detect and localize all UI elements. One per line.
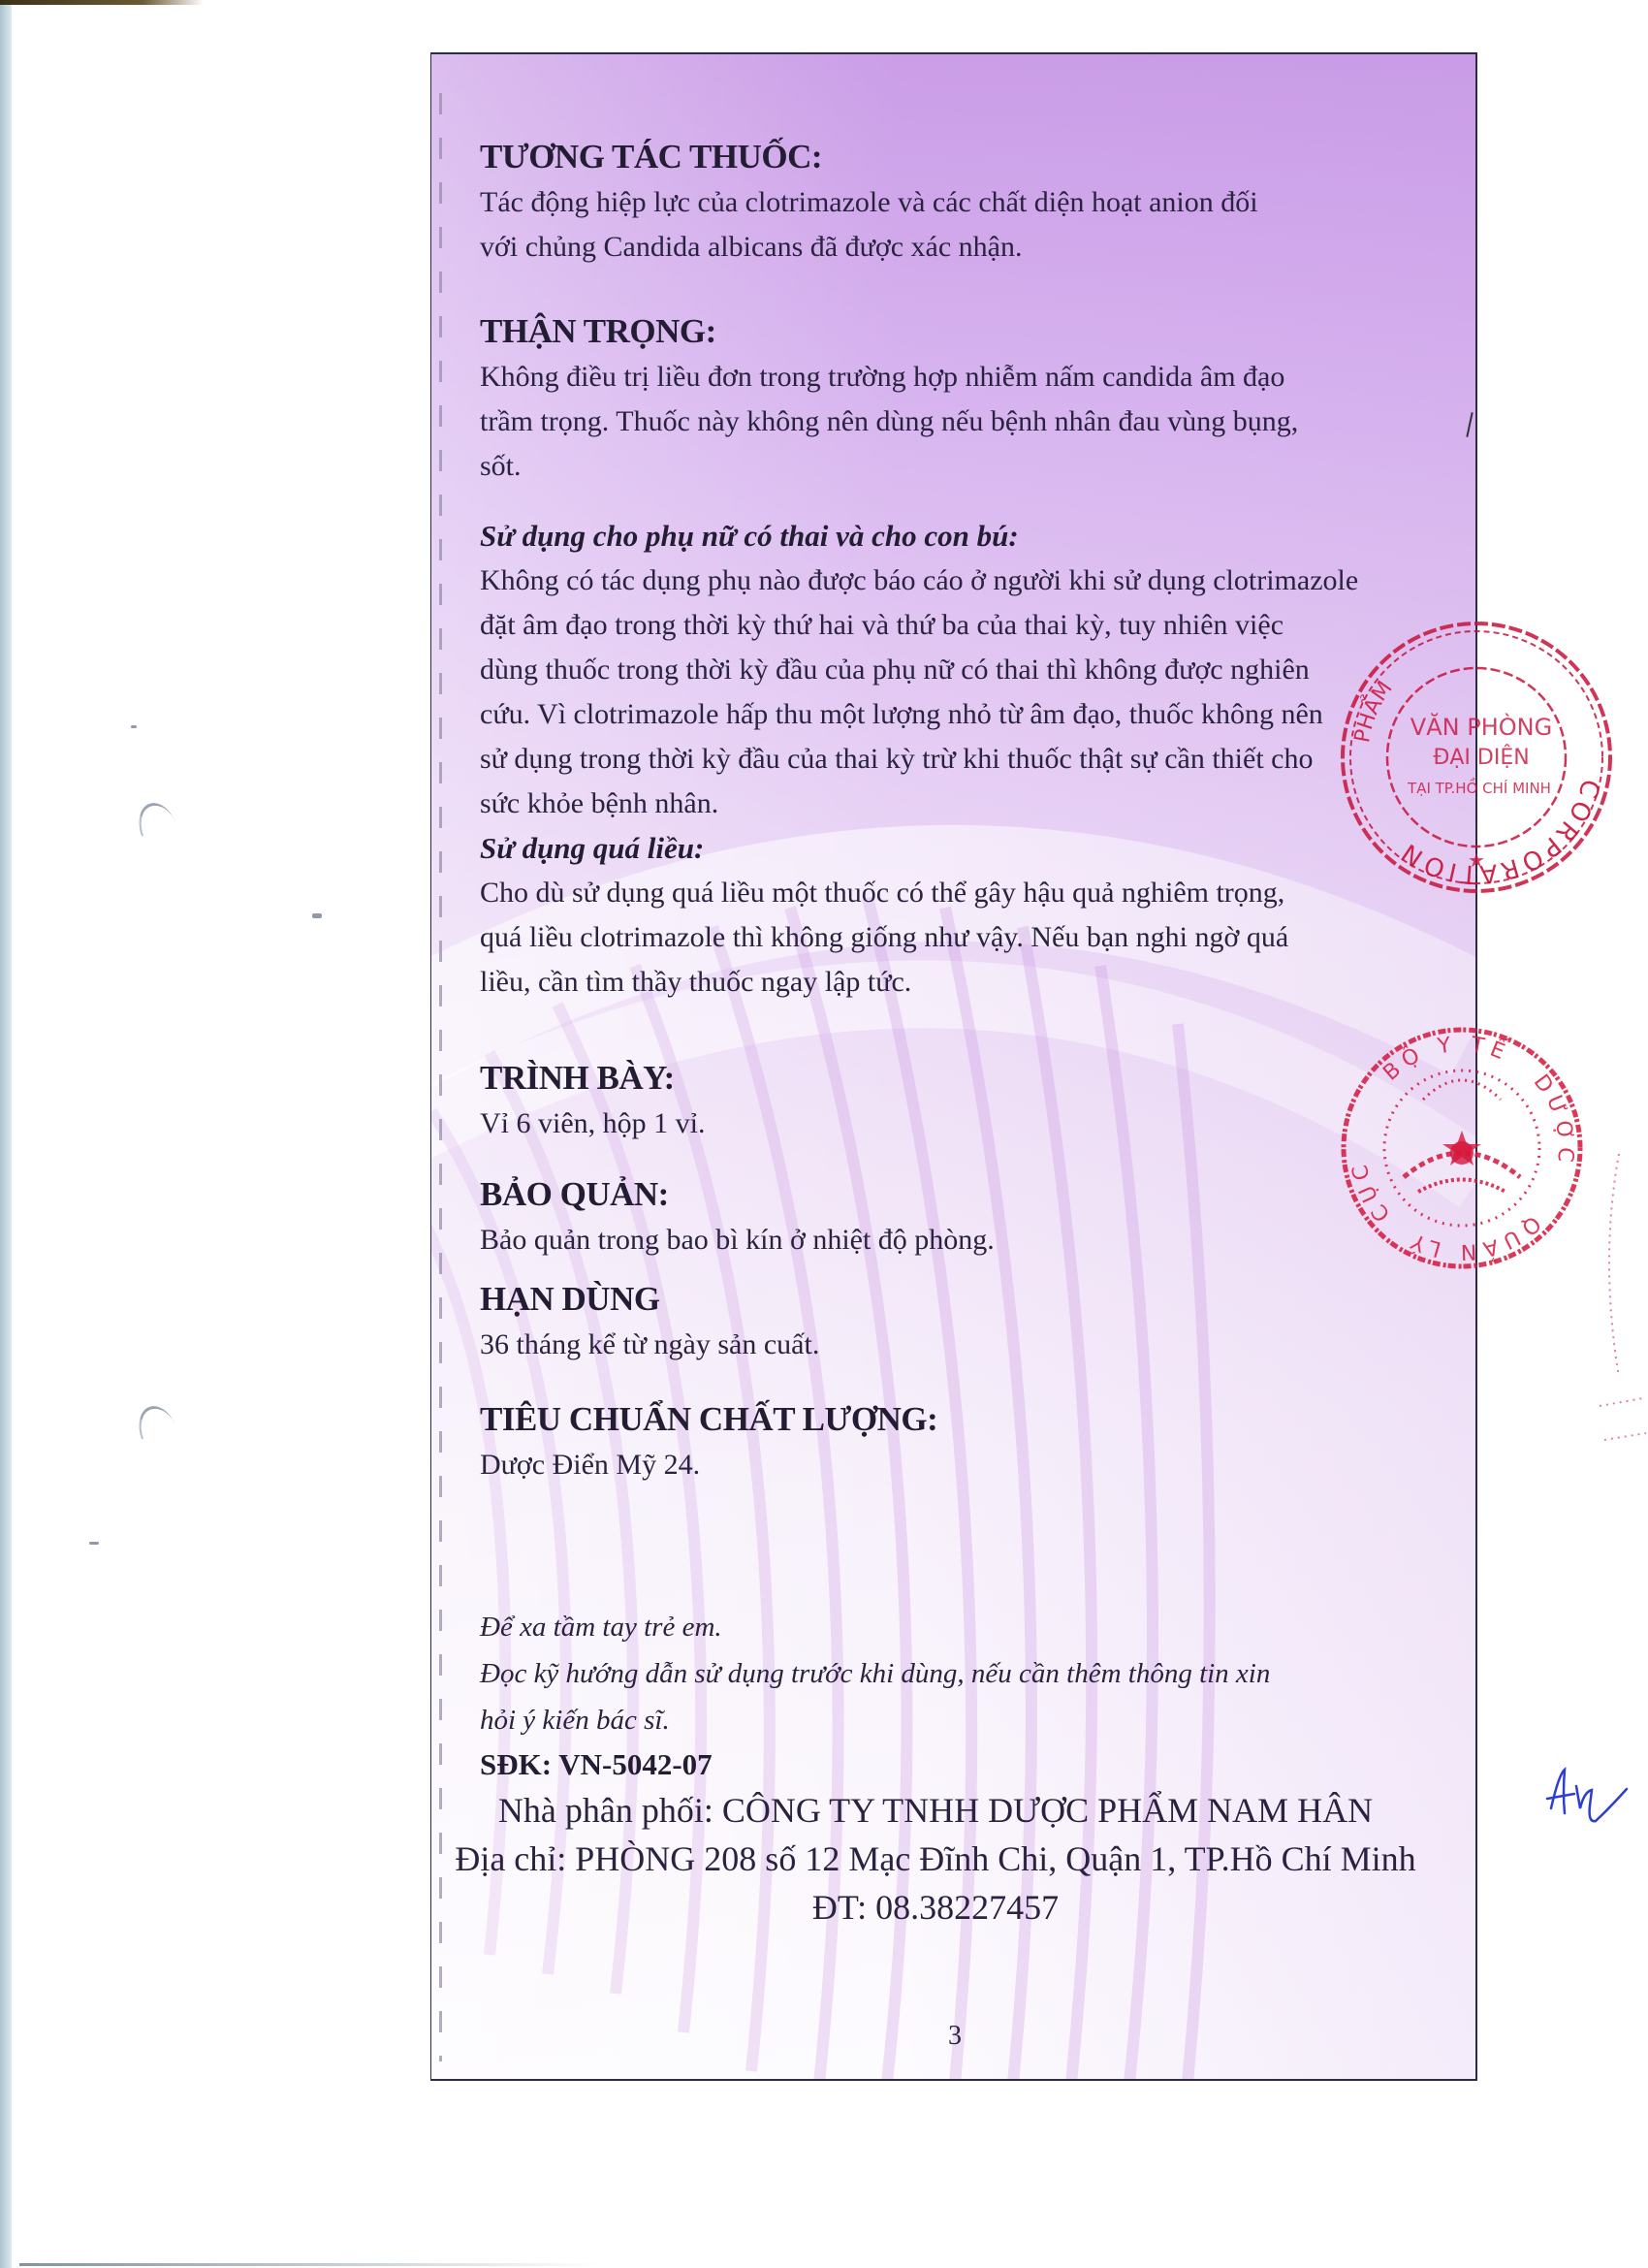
- scan-speck: [89, 1542, 99, 1545]
- scan-left-edge: [0, 0, 12, 2268]
- section-line: Vỉ 6 viên, hộp 1 vỉ.: [480, 1102, 1469, 1146]
- distributor-address: Địa chỉ: PHÒNG 208 số 12 Mạc Đĩnh Chi, Q…: [431, 1835, 1440, 1883]
- page-number: 3: [431, 2021, 1477, 2052]
- section-line: đặt âm đạo trong thời kỳ thứ hai và thứ …: [480, 603, 1469, 648]
- section-heading-pregnancy: Sử dụng cho phụ nữ có thai và cho con bú…: [480, 514, 1469, 559]
- partial-stamp-trace: [1590, 1144, 1648, 1454]
- handwritten-signature: [1541, 1765, 1629, 1833]
- scan-speck: [131, 725, 137, 728]
- section-line: trầm trọng. Thuốc này không nên dùng nếu…: [480, 399, 1469, 444]
- leaflet-page: TƯƠNG TÁC THUỐC: Tác động hiệp lực của c…: [430, 52, 1477, 2081]
- section-heading-shelf-life: HẠN DÙNG: [480, 1276, 1469, 1323]
- section-heading-overdose: Sử dụng quá liều:: [480, 826, 1469, 871]
- cut-line: [439, 93, 442, 2061]
- section-line: liều, cần tìm thầy thuốc ngay lập tức.: [480, 960, 1469, 1005]
- section-line: Cho dù sử dụng quá liều một thuốc có thể…: [480, 871, 1469, 915]
- section-line: sốt.: [480, 444, 1469, 489]
- warning-read-instructions-cont: hỏi ý kiến bác sĩ.: [480, 1697, 1469, 1743]
- punch-hole-bottom: [132, 1400, 176, 1439]
- section-line: cứu. Vì clotrimazole hấp thu một lượng n…: [480, 692, 1469, 737]
- scan-top-edge: [0, 0, 204, 5]
- section-line: sức khỏe bệnh nhân.: [480, 782, 1469, 826]
- section-line: Bảo quản trong bao bì kín ở nhiệt độ phò…: [480, 1218, 1469, 1262]
- section-heading-presentation: TRÌNH BÀY:: [480, 1055, 1469, 1102]
- section-line: Không có tác dụng phụ nào được báo cáo ở…: [480, 559, 1469, 603]
- warning-keep-away-children: Để xa tầm tay trẻ em.: [480, 1604, 1469, 1650]
- section-line: dùng thuốc trong thời kỳ đầu của phụ nữ …: [480, 648, 1469, 692]
- svg-text:DƯỢC: DƯỢC: [1529, 1070, 1578, 1169]
- section-line: Dược Điển Mỹ 24.: [480, 1443, 1469, 1487]
- section-heading-drug-interactions: TƯƠNG TÁC THUỐC:: [480, 134, 1469, 180]
- section-line: với chủng Candida albicans đã được xác n…: [480, 225, 1469, 270]
- distributor-name: Nhà phân phối: CÔNG TY TNHH DƯỢC PHẨM NA…: [431, 1786, 1440, 1835]
- section-line: Không điều trị liều đơn trong trường hợp…: [480, 355, 1469, 399]
- distributor-block: Nhà phân phối: CÔNG TY TNHH DƯỢC PHẨM NA…: [431, 1786, 1440, 1932]
- leaflet-content: TƯƠNG TÁC THUỐC: Tác động hiệp lực của c…: [480, 134, 1469, 1932]
- punch-hole-top: [132, 797, 176, 836]
- section-line: sử dụng trong thời kỳ đầu của thai kỳ tr…: [480, 737, 1469, 782]
- section-heading-storage: BẢO QUẢN:: [480, 1171, 1469, 1218]
- scan-bottom-edge: [19, 2263, 601, 2266]
- section-line: 36 tháng kể từ ngày sản cuất.: [480, 1323, 1469, 1367]
- registration-number: SĐK: VN-5042-07: [480, 1743, 1469, 1786]
- ministry-seal-right-text: DƯỢC: [1529, 1070, 1578, 1169]
- distributor-phone: ĐT: 08.38227457: [431, 1883, 1440, 1932]
- section-line: quá liều clotrimazole thì không giống nh…: [480, 915, 1469, 960]
- warning-read-instructions: Đọc kỹ hướng dẫn sử dụng trước khi dùng,…: [480, 1650, 1469, 1697]
- section-heading-quality-standard: TIÊU CHUẨN CHẤT LƯỢNG:: [480, 1396, 1469, 1443]
- section-heading-precautions: THẬN TRỌNG:: [480, 308, 1469, 355]
- section-line: Tác động hiệp lực của clotrimazole và cá…: [480, 180, 1469, 225]
- scan-speck: [312, 913, 322, 918]
